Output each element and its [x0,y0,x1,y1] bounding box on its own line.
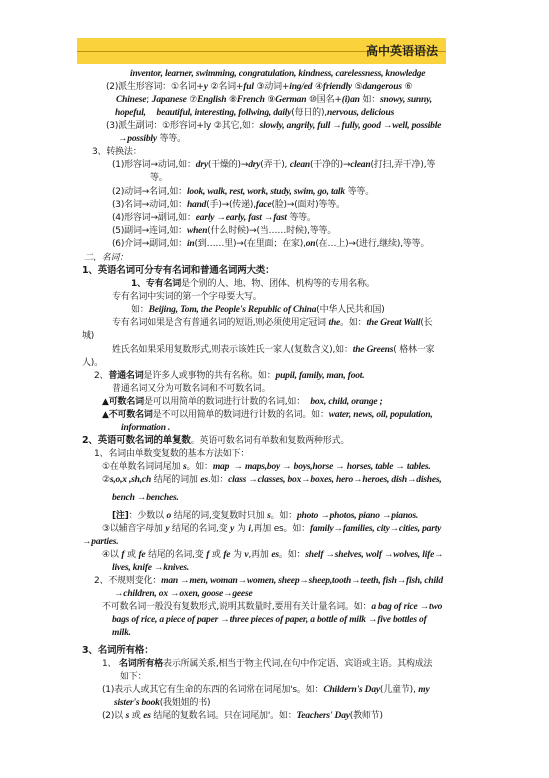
text-line: (1)形容词→动词,如：dry(干燥的)→dry(弄干), clean(干净的)… [112,159,435,171]
text-line: 1、 名词所有格表示所属关系,相当于物主代词,在句中作定语、宾语或主语。其构成法 [102,658,432,670]
text-line: (4)形容词→副词,如：early →early, fast →fast 等等。 [112,212,316,224]
header-banner: 高中英语语法 [77,38,446,64]
text-line: (2)派生形容词：①名词+y ②名词+ful ③动词+ing/ed ④frien… [106,81,412,93]
text-line: lives, knife →knives. [112,562,189,574]
text-line: ▲不可数名词是不可以用简单的数词进行计数的名词。如：water, news, o… [102,409,433,421]
text-line: ②s,o,x ,sh,ch 结尾的词加 es.如：class →classes,… [102,474,442,486]
text-line: 1、英语名词可分专有名词和普通名词两大类： [82,265,274,277]
text-line: 专有名词中实词的第一个字母要大写。 [112,291,262,303]
text-line: 如下： [120,671,146,683]
text-line: 如：Beijing, Tom, the People's Republic of… [131,304,385,316]
text-line: 不可数名词一般没有复数形式,说明其数量时,要用有关计量名词。如：a bag of… [102,601,442,613]
text-line: Chinese; Japanese ⑦English ⑧French ⑨Germ… [116,94,432,106]
text-line: (6)介词→副词,如：in(到……里)→(在里面；在家),on(在…上)→(进行… [112,238,429,250]
text-line: 1、名词由单数变复数的基本方法如下： [94,448,249,460]
text-line: information . [121,422,170,434]
text-line: 人)。 [82,357,103,369]
text-line: (3)派生副词：①形容词+ly ②其它,如：slowly, angrily, f… [106,120,441,132]
text-line: 2、英语可数名词的单复数。英语可数名词有单数和复数两种形式。 [82,435,349,447]
text-line: 城) [82,330,94,342]
text-line: [注]：少数以 o 结尾的词,变复数时只加 s。如：photo →photos,… [112,510,418,522]
text-line: 普通名词又分为可数名词和不可数名词。 [112,383,270,395]
text-line: inventor, learner, swimming, congratulat… [130,68,425,80]
text-line: ③以辅音字母加 y 结尾的名词,变 y 为 i,再加 es。如：family→f… [102,523,441,535]
text-line: 专有名词如果是含有普通名词的短语,则必须使用定冠词 the。如：the Grea… [112,317,432,329]
text-line: (2)以 s 或 es 结尾的复数名词。只在词尾加'。如：Teachers' D… [102,710,383,722]
text-line: →parties. [82,536,118,548]
text-line: 2、普通名词是许多人或事物的共有名称。如：pupil, family, man,… [94,370,364,382]
text-line: 3、名词所有格： [82,645,154,657]
text-line: bags of rice, a piece of paper →three pi… [112,614,427,626]
text-line: 2、不规则变化：man →men, woman→women, sheep→she… [94,575,443,587]
text-line: 二、名词： [84,252,128,264]
text-line: (1)表示人或其它有生命的东西的名词常在词尾加's。如：Childern's D… [102,684,430,696]
text-line: sister's book(我姐姐的书) [114,697,210,709]
text-line: ①在单数名词词尾加 s。如：map → maps,boy → boys,hors… [102,461,431,473]
text-line: (2)动词→名词,如：look, walk, rest, work, study… [112,186,374,198]
text-line: →children, ox →oxen, goose→geese [114,588,252,600]
text-line: ▲可数名词是可以用简单的数词进行计数的名词,如： box, child, ora… [102,396,383,408]
text-line: 姓氏名如果采用复数形式,则表示该姓氏一家人(复数含义),如：the Greens… [112,344,434,356]
text-line: (3)名词→动词,如：hand(手)→(传递),face(脸)→(面对)等等。 [112,199,345,211]
text-line: (5)副词→连词,如：when(什么时候)→(当……时候),等等。 [112,225,336,237]
text-line: bench →benches. [112,492,179,504]
text-line: 3、转换法： [92,146,142,158]
text-line: ④以 f 或 fe 结尾的名词,变 f 或 fe 为 v,再加 es。如：she… [102,549,443,561]
text-line: hopeful, beautiful, interesting, follwin… [115,107,394,119]
page-title: 高中英语语法 [366,42,438,59]
text-line: 等。 [150,172,168,184]
text-line: 1、专有名词是个别的人、地、物、团体、机构等的专用名称。 [131,278,375,290]
text-line: milk. [112,627,131,639]
text-line: →possibly 等等。 [118,133,186,145]
